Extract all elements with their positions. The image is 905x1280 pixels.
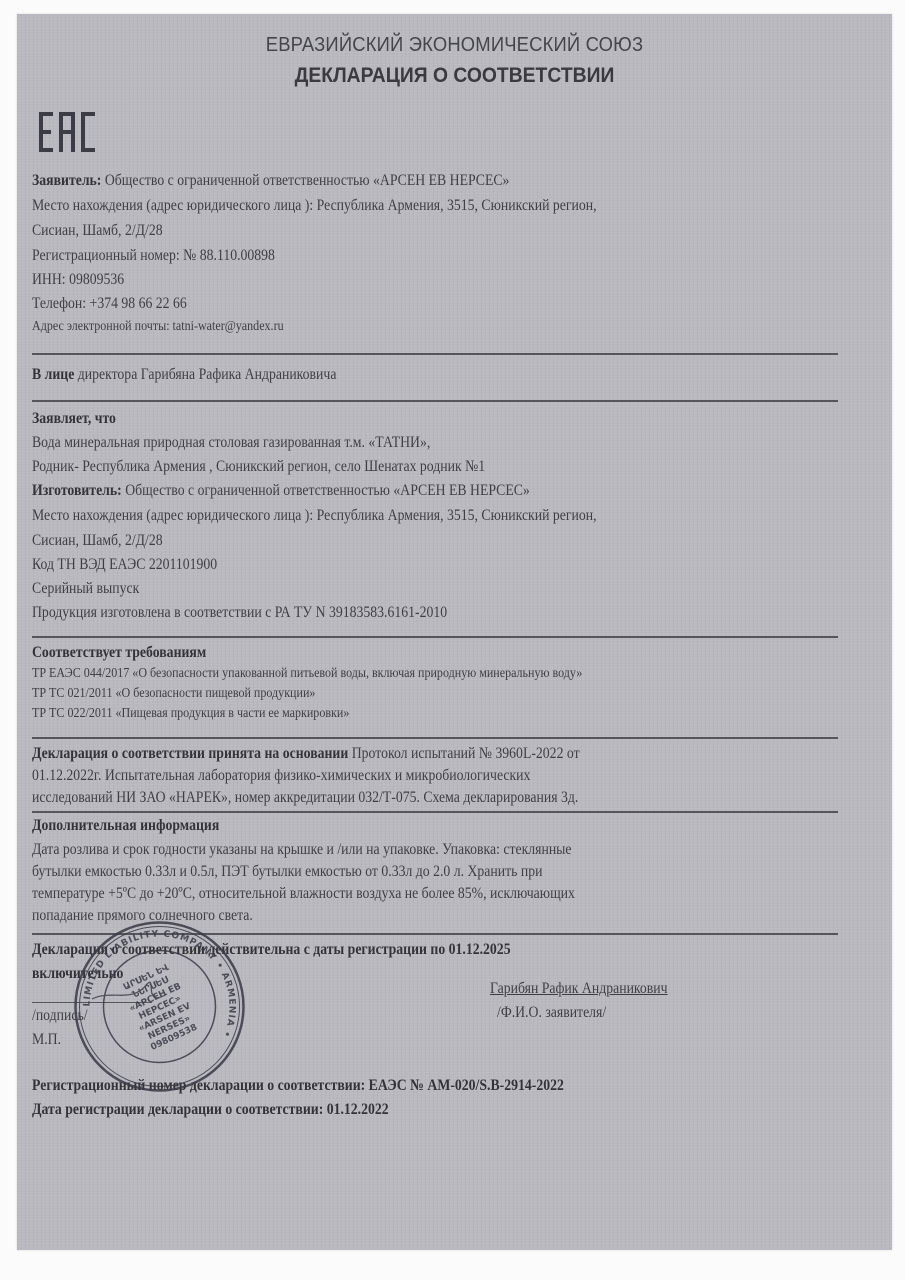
union-heading: ЕВРАЗИЙСКИЙ ЭКОНОМИЧЕСКИЙ СОЮЗ bbox=[52, 34, 857, 57]
manufacturer-label: Изготовитель: bbox=[32, 482, 122, 499]
requirements-label: Соответствует требованиям bbox=[32, 644, 206, 661]
signer-name: Гарибян Рафик Андраникович bbox=[490, 981, 668, 997]
divider bbox=[32, 400, 838, 402]
divider bbox=[32, 636, 838, 638]
document-page: ЕВРАЗИЙСКИЙ ЭКОНОМИЧЕСКИЙ СОЮЗ ДЕКЛАРАЦИ… bbox=[17, 14, 892, 1250]
basis-line-1: Декларация о соответствии принята на осн… bbox=[32, 746, 580, 762]
product-standard: Продукция изготовлена в соответствии с Р… bbox=[32, 605, 447, 621]
manufacturer-address-2: Сисиан, Шамб, 2/Д/28 bbox=[32, 533, 163, 549]
representative-text: директора Гарибяна Рафика Андраниковича bbox=[78, 366, 337, 383]
applicant-phone: Телефон: +374 98 66 22 66 bbox=[32, 296, 187, 312]
representative-line: В лице директора Гарибяна Рафика Андрани… bbox=[32, 367, 336, 383]
requirement-item: ТР ТС 021/2011 «О безопасности пищевой п… bbox=[32, 687, 315, 701]
applicant-line: Заявитель: Общество с ограниченной ответ… bbox=[32, 173, 509, 189]
eac-logo-icon bbox=[37, 110, 103, 154]
basis-label: Декларация о соответствии принята на осн… bbox=[32, 745, 348, 762]
applicant-label: Заявитель: bbox=[32, 172, 101, 189]
registration-date-text: Дата регистрации декларации о соответств… bbox=[32, 1101, 389, 1118]
manufacturer-name: Общество с ограниченной ответственностью… bbox=[125, 482, 530, 499]
representative-label: В лице bbox=[32, 366, 74, 383]
applicant-address-2: Сисиан, Шамб, 2/Д/28 bbox=[32, 223, 163, 239]
divider bbox=[32, 811, 838, 813]
divider bbox=[32, 353, 838, 355]
signer-caption: /Ф.И.О. заявителя/ bbox=[497, 1005, 606, 1021]
requirement-item: ТР ЕАЭС 044/2017 «О безопасности упакова… bbox=[32, 667, 582, 681]
additional-line-1: Дата розлива и срок годности указаны на … bbox=[32, 842, 572, 858]
basis-line-3: исследований НИ ЗАО «НАРЕК», номер аккре… bbox=[32, 790, 578, 806]
basis-line-2: 01.12.2022г. Испытательная лаборатория ф… bbox=[32, 768, 530, 784]
requirement-item: ТР ТС 022/2011 «Пищевая продукция в част… bbox=[32, 707, 349, 721]
applicant-reg-number: Регистрационный номер: № 88.110.00898 bbox=[32, 248, 275, 264]
declares-heading: Заявляет, что bbox=[32, 411, 116, 427]
additional-line-2: бутылки емкостью 0.33л и 0.5л, ПЭТ бутыл… bbox=[32, 864, 542, 880]
manufacturer-address-1: Место нахождения (адрес юридического лиц… bbox=[32, 508, 597, 524]
applicant-inn: ИНН: 09809536 bbox=[32, 272, 124, 288]
requirements-heading: Соответствует требованиям bbox=[32, 645, 206, 661]
product-name: Вода минеральная природная столовая гази… bbox=[32, 435, 430, 451]
production-type: Серийный выпуск bbox=[32, 581, 139, 597]
additional-label: Дополнительная информация bbox=[32, 817, 219, 834]
applicant-name: Общество с ограниченной ответственностью… bbox=[105, 172, 510, 189]
basis-text-1: Протокол испытаний № 3960L-2022 от bbox=[352, 745, 580, 762]
applicant-email: Адрес электронной почты: tatni-water@yan… bbox=[32, 320, 284, 334]
manufacturer-line: Изготовитель: Общество с ограниченной от… bbox=[32, 483, 530, 499]
additional-heading: Дополнительная информация bbox=[32, 818, 219, 834]
divider bbox=[32, 737, 838, 739]
product-source: Родник- Республика Армения , Сюникский р… bbox=[32, 459, 485, 475]
document-title: ДЕКЛАРАЦИЯ О СООТВЕТСТВИИ bbox=[52, 64, 857, 88]
declares-label: Заявляет, что bbox=[32, 410, 116, 427]
additional-line-3: температуре +5ºС до +20ºС, относительной… bbox=[32, 886, 575, 902]
company-seal-icon: LIMITED LIABILITY COMPANY • ARMENIA • ԱՐ… bbox=[72, 919, 247, 1094]
hs-code: Код ТН ВЭД ЕАЭС 2201101900 bbox=[32, 557, 217, 573]
seal-caption: М.П. bbox=[32, 1032, 61, 1048]
applicant-address-1: Место нахождения (адрес юридического лиц… bbox=[32, 198, 597, 214]
registration-date: Дата регистрации декларации о соответств… bbox=[32, 1102, 389, 1118]
